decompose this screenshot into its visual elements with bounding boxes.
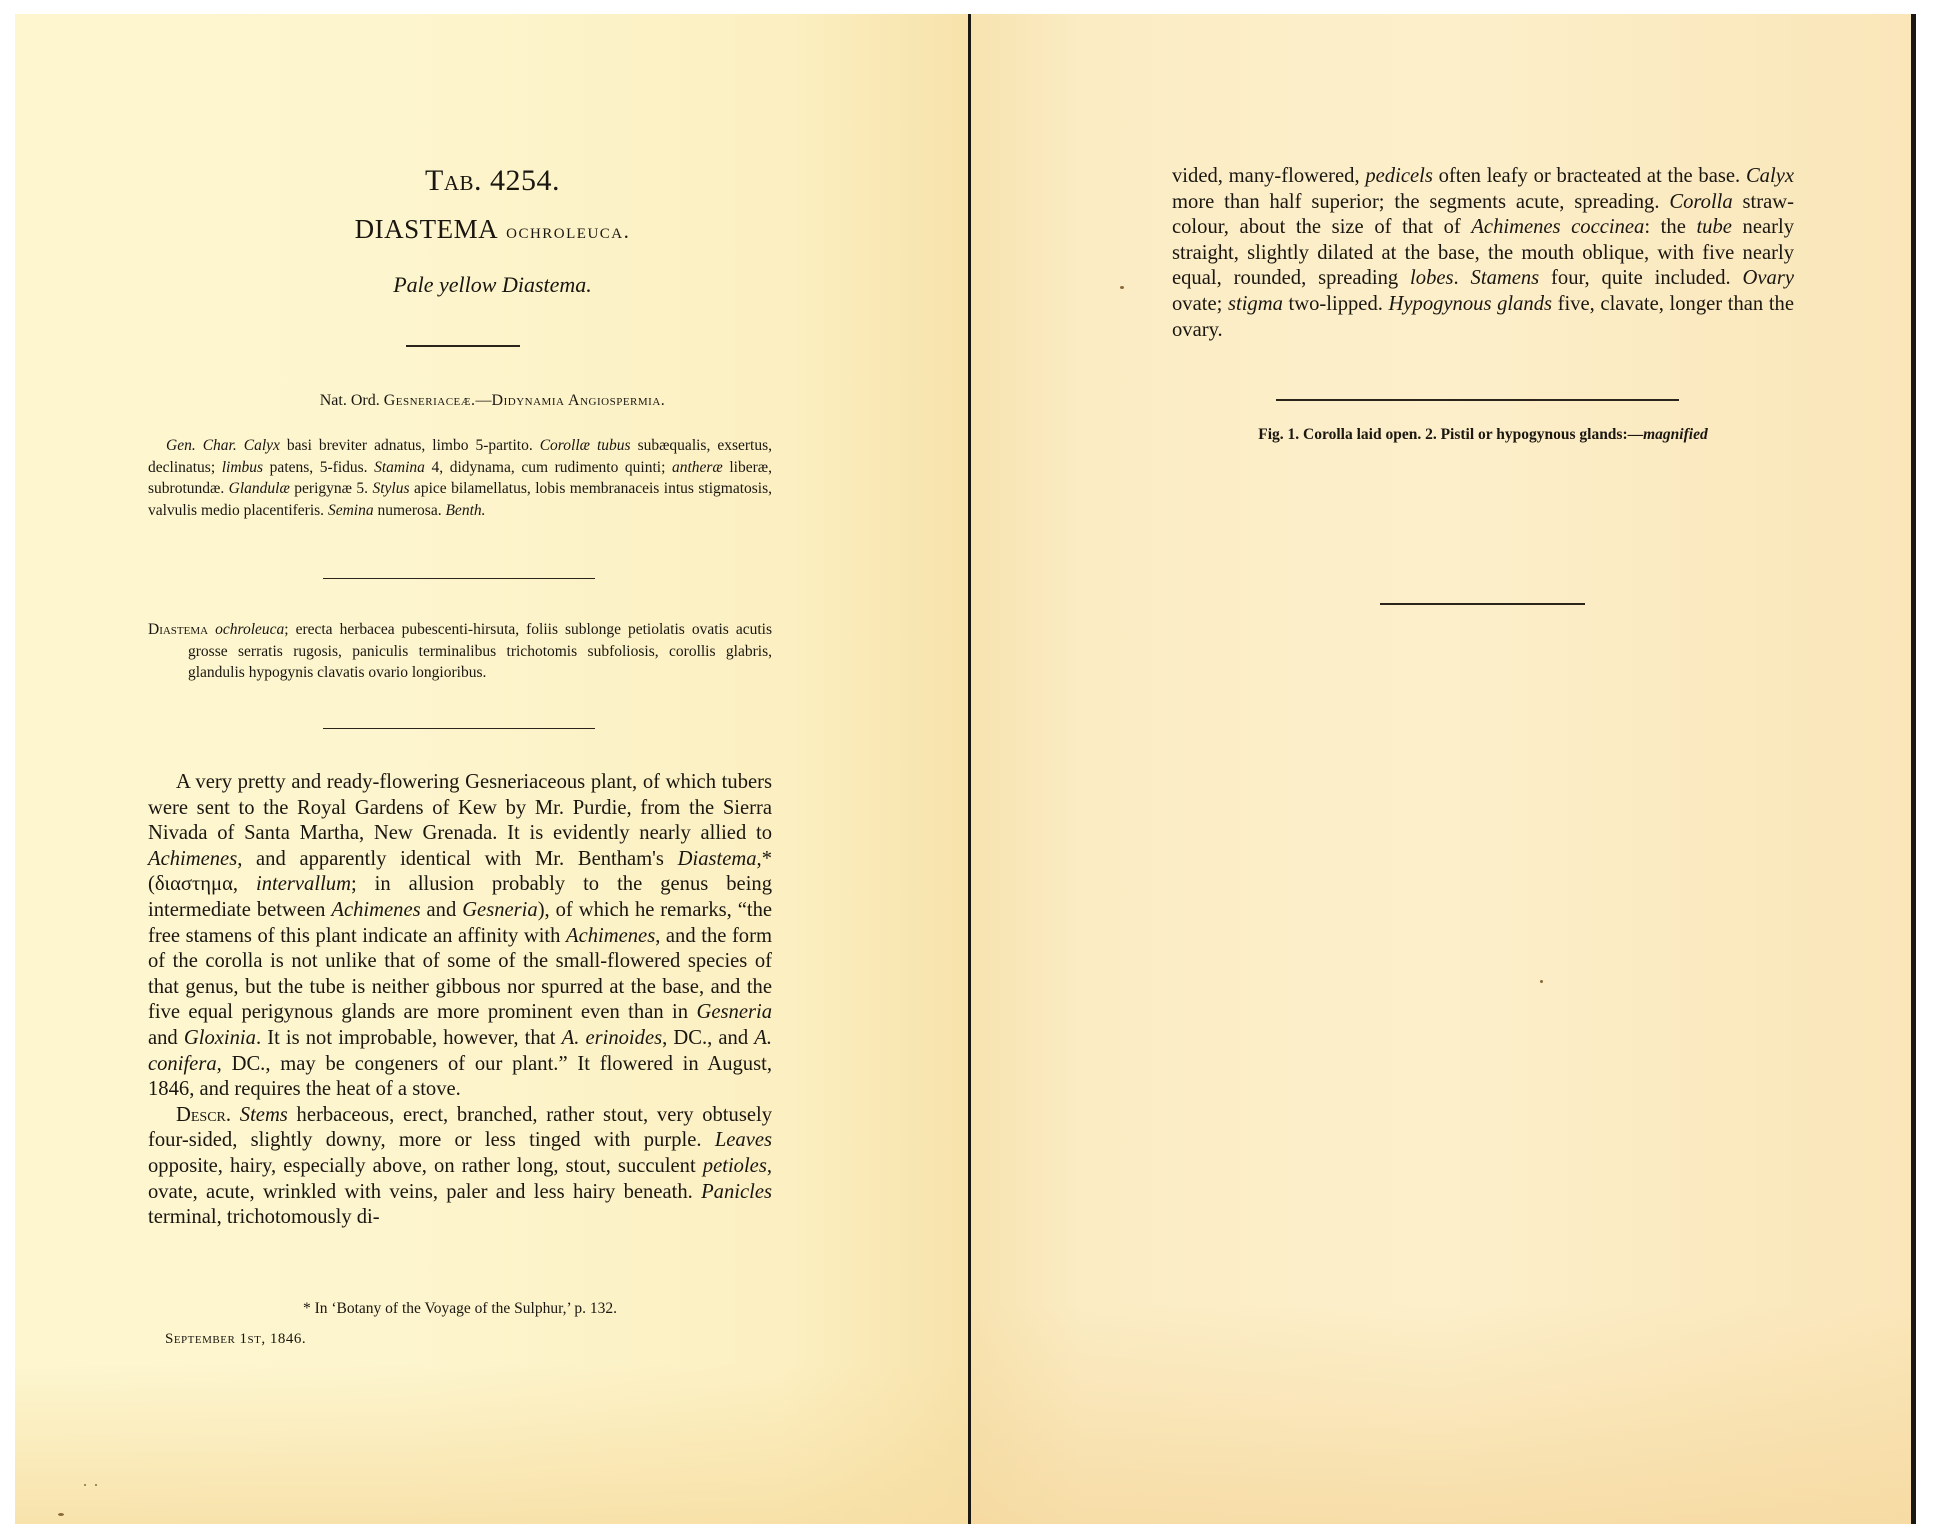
nat-ord-order: Gesneriaceæ. [384, 392, 476, 409]
pub-day: 1st, [240, 1331, 266, 1347]
tab-prefix: Tab. [425, 164, 482, 197]
paragraph-continued: vided, many-flowered, pedicels often lea… [1172, 165, 1794, 341]
pub-month: September [165, 1331, 235, 1347]
end-rule [1380, 603, 1585, 605]
separator-rule [406, 345, 520, 347]
species-name: ochroleuca. [506, 219, 630, 243]
description-continued: vided, many-flowered, pedicels often lea… [1172, 164, 1794, 343]
paper-speck [84, 1484, 86, 1486]
separator-rule [323, 728, 595, 729]
nat-ord-dash: — [476, 392, 492, 409]
paper-speck [1540, 980, 1543, 983]
genus-name: DIASTEMA [355, 214, 499, 244]
paragraph-intro: A very pretty and ready-flowering Gesner… [148, 770, 772, 1103]
pub-year: 1846. [270, 1331, 306, 1347]
species-title: DIASTEMAochroleuca. [15, 214, 970, 245]
tab-number: 4254. [490, 164, 560, 197]
diagnosis-genus: Diastema [148, 621, 208, 638]
figure-caption: Fig. 1. Corolla laid open. 2. Pistil or … [1172, 426, 1794, 444]
separator-rule [323, 578, 595, 579]
common-name: Pale yellow Diastema. [15, 272, 970, 298]
paragraph-description: Descr. Stems herbaceous, erect, branched… [148, 1103, 772, 1231]
nat-ord-label: Nat. Ord. [320, 392, 380, 409]
nat-ord-class: Didynamia Angiospermia. [492, 392, 666, 409]
specific-diagnosis: Diastema ochroleuca; erecta herbacea pub… [148, 619, 772, 684]
plate-number: Tab. 4254. [15, 164, 970, 198]
separator-rule [1276, 399, 1679, 401]
paper-speck [95, 1484, 97, 1486]
fig-caption-magnified: magnified [1643, 426, 1708, 443]
generic-character: Gen. Char. Calyx basi breviter adnatus, … [148, 435, 772, 521]
natural-order: Nat. Ord. Gesneriaceæ.—Didynamia Angiosp… [15, 392, 970, 410]
footnote: * In ‘Botany of the Voyage of the Sulphu… [148, 1300, 772, 1318]
diagnosis-species: ochroleuca [215, 621, 284, 638]
paper-speck [1120, 286, 1124, 289]
fig-caption-text: Fig. 1. Corolla laid open. 2. Pistil or … [1258, 426, 1643, 443]
description-body: A very pretty and ready-flowering Gesner… [148, 770, 772, 1231]
page-edge [1911, 14, 1916, 1524]
gen-char-text: Gen. Char. Calyx basi breviter adnatus, … [148, 437, 772, 519]
paper-speck [58, 1513, 64, 1516]
publication-date: September 1st, 1846. [165, 1331, 306, 1348]
